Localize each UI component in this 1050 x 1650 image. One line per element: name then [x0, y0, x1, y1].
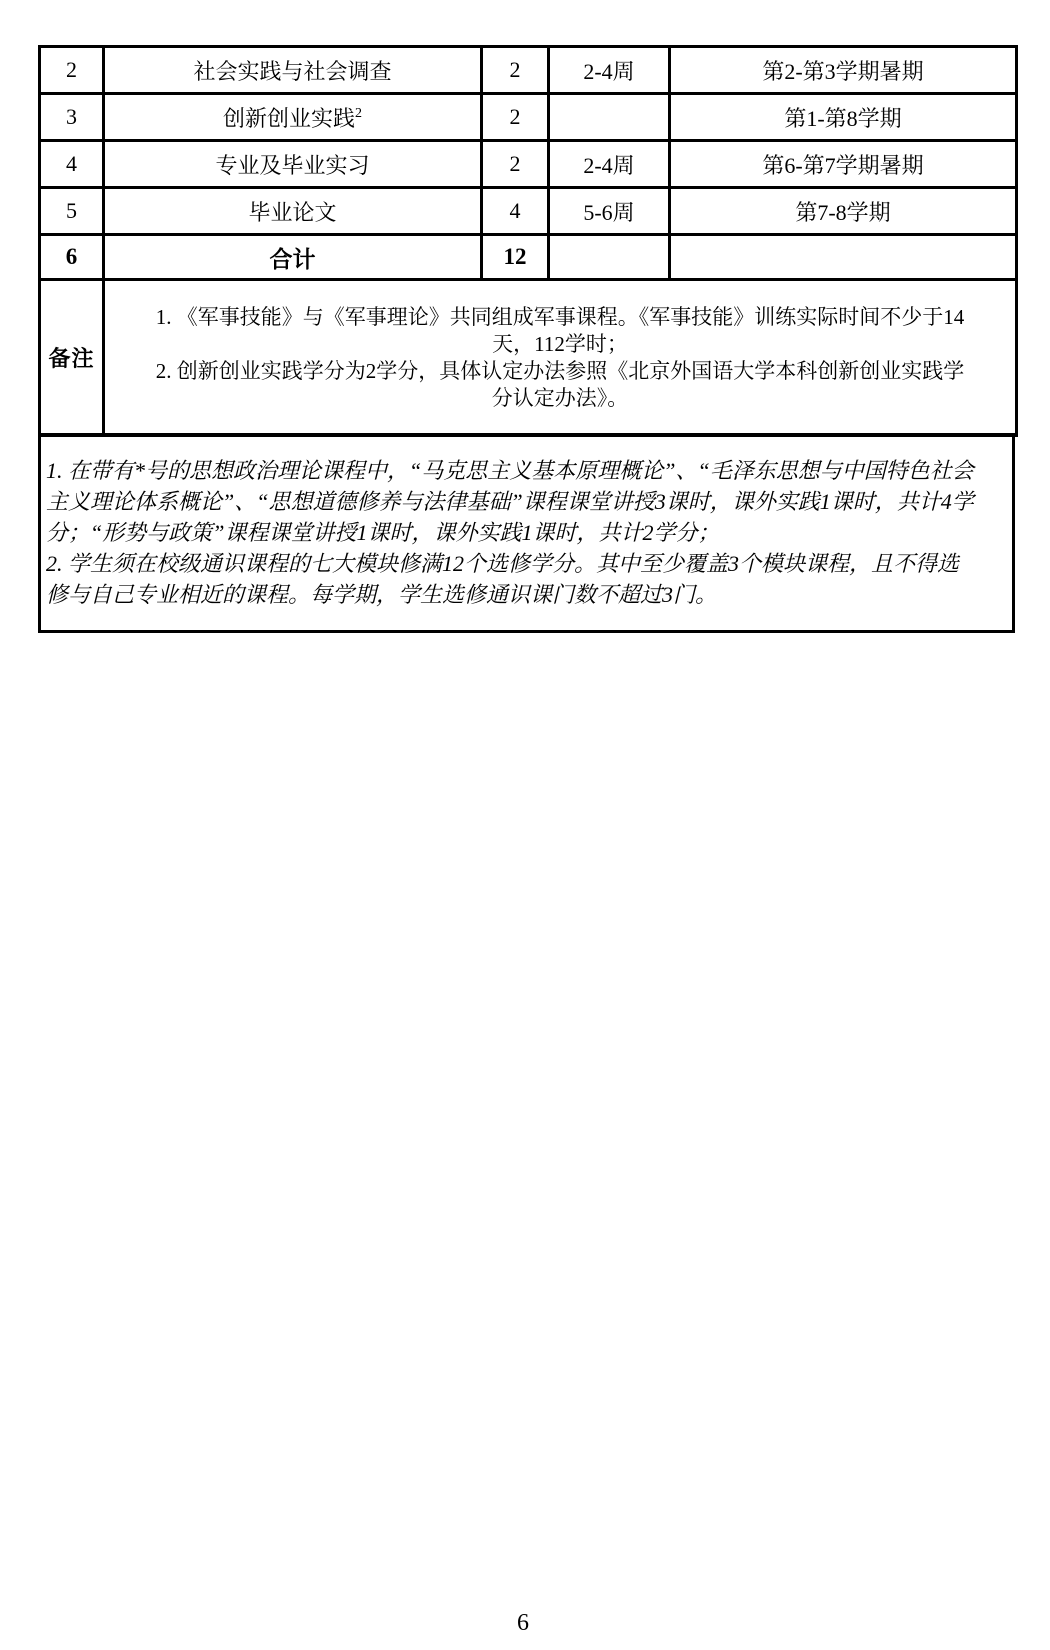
course-name: 社会实践与社会调查 [193, 59, 391, 84]
credits-value: 2 [510, 151, 521, 176]
weeks-value: 5-6周 [583, 200, 634, 225]
credits-value: 2 [510, 104, 521, 129]
course-name-cell: 专业及毕业实习 [104, 141, 482, 188]
weeks-cell: 2-4周 [549, 47, 670, 94]
semester-cell: 第6-第7学期暑期 [670, 141, 1017, 188]
semester-cell: 第2-第3学期暑期 [670, 47, 1017, 94]
table-row: 5 毕业论文 4 5-6周 第7-8学期 [40, 188, 1017, 235]
remark-line: 天，112学时； [105, 331, 1015, 358]
footnote-line: 1. 在带有*号的思想政治理论课程中，“马克思主义基本原理概论”、“毛泽东思想与… [46, 455, 1007, 486]
remark-line: 分认定办法》。 [105, 385, 1015, 412]
total-label-cell: 合计 [104, 235, 482, 280]
footnotes-block: 1. 在带有*号的思想政治理论课程中，“马克思主义基本原理概论”、“毛泽东思想与… [38, 433, 1015, 633]
footnote-marker: 2 [355, 106, 362, 121]
row-number-cell: 2 [40, 47, 104, 94]
course-name-cell: 创新创业实践2 [104, 94, 482, 141]
semester-value: 第2-第3学期暑期 [762, 59, 923, 84]
weeks-value: 2-4周 [583, 59, 634, 84]
weeks-cell [549, 235, 670, 280]
curriculum-table: 2 社会实践与社会调查 2 2-4周 第2-第3学期暑期 3 创新创业实践2 2… [38, 45, 1018, 437]
weeks-cell: 5-6周 [549, 188, 670, 235]
row-number-cell: 6 [40, 235, 104, 280]
footnote-line: 修与自己专业相近的课程。每学期，学生选修通识课门数不超过3门。 [46, 579, 1007, 610]
document-page: { "table": { "rows": [ { "no": "2", "nam… [0, 0, 1050, 1650]
semester-cell: 第1-第8学期 [670, 94, 1017, 141]
semester-cell: 第7-8学期 [670, 188, 1017, 235]
course-name-cell: 毕业论文 [104, 188, 482, 235]
credits-cell: 2 [482, 141, 549, 188]
total-label: 合计 [270, 247, 316, 272]
remark-content: 1. 《军事技能》与《军事理论》共同组成军事课程。《军事技能》训练实际时间不少于… [104, 280, 1017, 436]
row-number: 6 [66, 244, 78, 269]
table-row: 2 社会实践与社会调查 2 2-4周 第2-第3学期暑期 [40, 47, 1017, 94]
weeks-value: 2-4周 [583, 153, 634, 178]
remark-line: 1. 《军事技能》与《军事理论》共同组成军事课程。《军事技能》训练实际时间不少于… [105, 304, 1015, 331]
footnote-line: 分；“形势与政策”课程课堂讲授1课时，课外实践1课时，共计2学分； [46, 517, 1007, 548]
course-name: 毕业论文 [248, 200, 336, 225]
credits-value: 4 [510, 198, 521, 223]
footnote-line: 2. 学生须在校级通识课程的七大模块修满12个选修学分。其中至少覆盖3个模块课程… [46, 548, 1007, 579]
course-name-cell: 社会实践与社会调查 [104, 47, 482, 94]
semester-value: 第7-8学期 [795, 200, 890, 225]
semester-value: 第6-第7学期暑期 [762, 153, 923, 178]
row-number-cell: 5 [40, 188, 104, 235]
weeks-cell: 2-4周 [549, 141, 670, 188]
table-row: 4 专业及毕业实习 2 2-4周 第6-第7学期暑期 [40, 141, 1017, 188]
semester-cell [670, 235, 1017, 280]
row-number: 5 [66, 198, 77, 223]
credits-cell: 4 [482, 188, 549, 235]
footnote-line: 主义理论体系概论”、“思想道德修养与法律基础”课程课堂讲授3课时，课外实践1课时… [46, 486, 1007, 517]
page-number: 6 [0, 1610, 1046, 1637]
total-credits-value: 12 [504, 244, 527, 269]
credits-value: 2 [510, 57, 521, 82]
table-row: 3 创新创业实践2 2 第1-第8学期 [40, 94, 1017, 141]
credits-cell: 2 [482, 47, 549, 94]
row-number-cell: 4 [40, 141, 104, 188]
remark-row: 备注 1. 《军事技能》与《军事理论》共同组成军事课程。《军事技能》训练实际时间… [40, 280, 1017, 436]
weeks-cell [549, 94, 670, 141]
credits-cell: 2 [482, 94, 549, 141]
row-number: 2 [66, 57, 77, 82]
table-row-total: 6 合计 12 [40, 235, 1017, 280]
course-name: 创新创业实践 [223, 106, 355, 131]
semester-value: 第1-第8学期 [784, 106, 901, 131]
remark-line: 2. 创新创业实践学分为2学分，具体认定办法参照《北京外国语大学本科创新创业实践… [105, 358, 1015, 385]
row-number-cell: 3 [40, 94, 104, 141]
course-name: 专业及毕业实习 [215, 153, 369, 178]
row-number: 4 [66, 151, 77, 176]
row-number: 3 [66, 104, 77, 129]
total-credits-cell: 12 [482, 235, 549, 280]
remark-label: 备注 [40, 280, 104, 436]
